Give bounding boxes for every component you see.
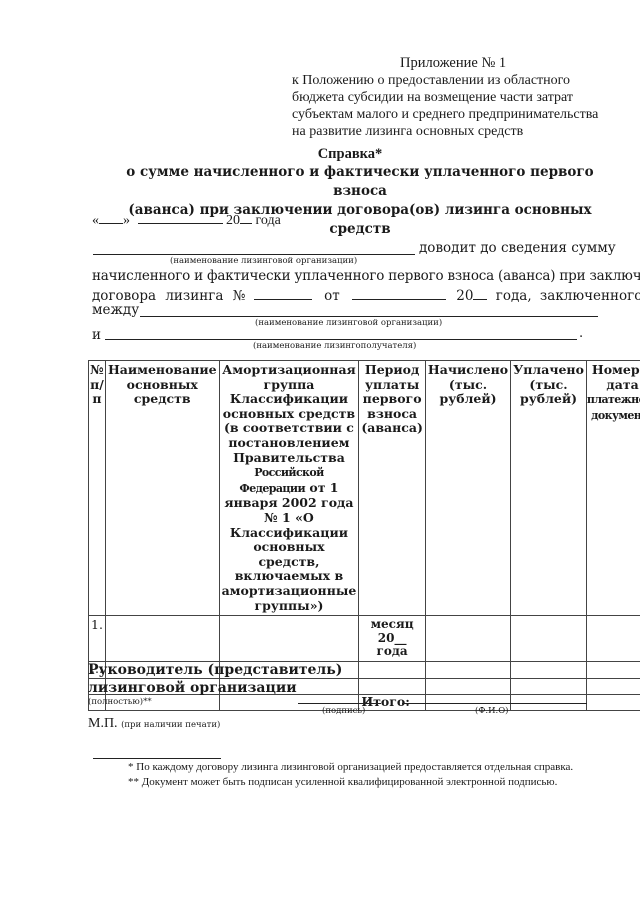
line5-caption: (наименование лизингополучателя) [253,341,416,351]
payments-table: № п/п Наименование основных средств Амор… [88,360,640,711]
cell-accrued[interactable] [425,616,510,662]
line2-text: начисленного и фактически уплаченного пе… [92,268,640,284]
header-asset-name: Наименование основных средств [105,361,219,616]
contract-number-field[interactable] [254,286,312,300]
cell-asset-name[interactable] [105,616,219,662]
header-payment-document: Номер и дата платежного документа [586,361,640,616]
line1-tail: доводит до сведения сумму [419,240,616,256]
cell-payment-period[interactable] [359,661,426,678]
cell-payment-document[interactable] [586,661,640,678]
day-field[interactable] [99,210,123,224]
cell-paid[interactable] [511,661,587,678]
stamp-place: М.П. (при наличии печати) [88,716,220,732]
footnotes: * По каждому договору лизинга лизинговой… [88,760,598,790]
contract-year-suffix: года, заключенного [496,288,640,304]
header-doc-part: платежного документа [587,393,640,422]
header-number: № п/п [89,361,106,616]
footnote-2: ** Документ может быть подписан усиленно… [88,775,598,790]
signer-line: Руководитель (представитель) [88,661,342,679]
cell-paid[interactable] [511,678,587,694]
from-label: от [324,288,340,304]
header-amortization-part: от 1 января 2002 года № 1 «О Классификац… [222,480,357,613]
full-name-caption: (Ф.И.О) [475,706,508,716]
cell-payment-document[interactable] [586,616,640,662]
header-amortization-part: Амортизационная группа Классификации осн… [222,362,356,465]
line5-end: . [579,326,583,341]
cell-accrued[interactable] [425,678,510,694]
year-field[interactable] [240,210,252,224]
header-doc-part: Номер и дата [592,362,640,392]
month-field[interactable] [138,210,223,224]
annex-line: к Положению о предоставлении из областно… [292,72,622,89]
open-quote: « [92,213,99,228]
total-payment-document[interactable] [586,694,640,710]
footnote-separator [93,758,221,759]
full-name-note: (полностью)** [88,697,152,707]
annex-title: Приложение № 1 [400,55,506,72]
line4-caption: (наименование лизинговой организации) [255,318,442,328]
cell-amortization-group[interactable] [219,616,359,662]
document-title: Справка* [0,146,640,163]
close-quote: » [123,213,130,228]
annex-line: на развитие лизинга основных средств [292,123,622,140]
signature-field[interactable] [298,703,381,704]
header-accrued: Начислено (тыс. рублей) [425,361,510,616]
cell-accrued[interactable] [425,661,510,678]
stamp-note: (при наличии печати) [121,720,220,730]
between-label: между [92,302,139,318]
cell-paid[interactable] [511,616,587,662]
table-row: 1. месяц 20__ года [89,616,640,662]
lessee-name-field[interactable] [105,339,577,340]
cell-number: 1. [89,616,106,662]
signer-title: Руководитель (представитель) лизинговой … [88,661,342,697]
subtitle-line: о сумме начисленного и фактически уплаче… [100,163,620,201]
contract-year-field[interactable] [473,286,487,300]
footnote-1: * По каждому договору лизинга лизинговой… [88,760,598,775]
year-suffix: года [256,213,281,228]
annex-line: бюджета субсидии на возмещение части зат… [292,89,622,106]
line1-caption: (наименование лизинговой организации) [170,256,357,266]
annex-line: субъектам малого и среднего предпринимат… [292,106,622,123]
header-payment-period: Период уплаты первого взноса (аванса) [359,361,426,616]
line3: договора лизинга № от 20 года, заключенн… [92,286,640,304]
contract-year-prefix: 20 [456,288,473,304]
header-paid: Уплачено (тыс. рублей) [511,361,587,616]
date-line: «» 20 года [92,210,281,229]
stamp-label: М.П. [88,716,118,731]
annex-reference: к Положению о предоставлении из областно… [292,72,622,140]
contract-date-field[interactable] [352,286,446,300]
full-name-field[interactable] [402,703,587,704]
cell-payment-document[interactable] [586,678,640,694]
cell-payment-period[interactable]: месяц 20__ года [359,616,426,662]
lessor-name-field[interactable] [140,316,598,317]
table-header-row: № п/п Наименование основных средств Амор… [89,361,640,616]
leasing-org-field[interactable] [93,254,415,255]
year-prefix: 20 [226,213,240,228]
cell-payment-period[interactable] [359,678,426,694]
signer-line: лизинговой организации [88,679,342,697]
header-amortization-group: Амортизационная группа Классификации осн… [219,361,359,616]
and-label: и [92,327,101,343]
signature-caption: (подпись) [322,706,365,716]
